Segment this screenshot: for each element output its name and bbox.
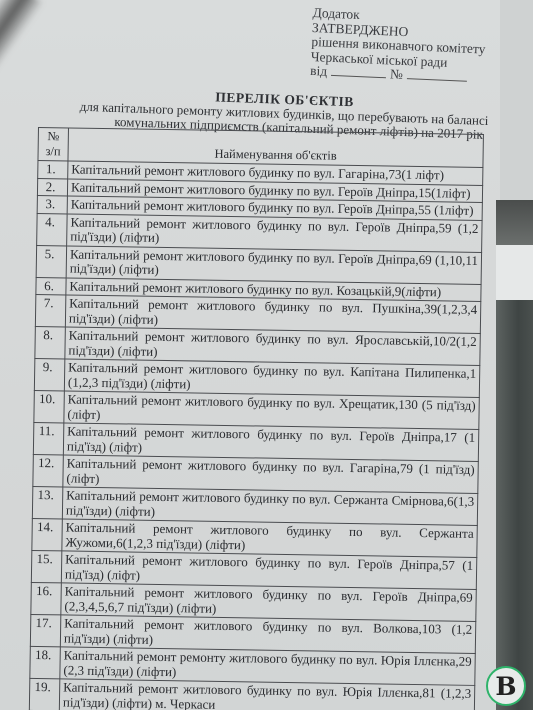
row-number: 13. (32, 486, 62, 518)
shadow-streak (0, 0, 44, 110)
number-prefix: № (390, 66, 404, 82)
objects-table: №з/п Найменування об'єктів 1.Капітальний… (29, 127, 484, 710)
background-paper-edge (496, 245, 533, 300)
column-header-number: №з/п (38, 128, 69, 161)
row-number: 12. (33, 454, 63, 486)
watermark-logo-icon: В (486, 666, 526, 706)
background-object (496, 300, 533, 710)
date-prefix: від (310, 63, 328, 79)
row-number: 17. (30, 614, 60, 646)
row-number: 2. (37, 178, 67, 196)
date-blank (331, 75, 386, 78)
row-number: 19. (29, 678, 59, 710)
approval-stamp: Додаток ЗАТВЕРДЖЕНО рішення виконавчого … (310, 6, 487, 86)
row-number: 4. (37, 213, 67, 245)
table-body: 1.Капітальний ремонт житлового будинку п… (29, 161, 483, 710)
row-number: 14. (32, 518, 62, 550)
row-number: 6. (36, 277, 66, 295)
number-blank (407, 78, 467, 82)
background-surface (500, 0, 533, 200)
row-number: 15. (31, 550, 61, 582)
row-number: 8. (35, 326, 65, 358)
row-number: 16. (31, 582, 61, 614)
row-number: 1. (38, 161, 68, 179)
background-object (496, 200, 533, 245)
row-number: 5. (36, 245, 66, 277)
row-number: 9. (34, 358, 64, 390)
row-number: 3. (37, 195, 67, 213)
row-number: 18. (30, 646, 60, 678)
document-page: Додаток ЗАТВЕРДЖЕНО рішення виконавчого … (0, 0, 500, 710)
row-number: 10. (34, 390, 64, 422)
row-number: 7. (35, 294, 65, 326)
row-object-name: Капітальний ремонт житлового будинку по … (59, 679, 474, 710)
row-number: 11. (33, 422, 63, 454)
